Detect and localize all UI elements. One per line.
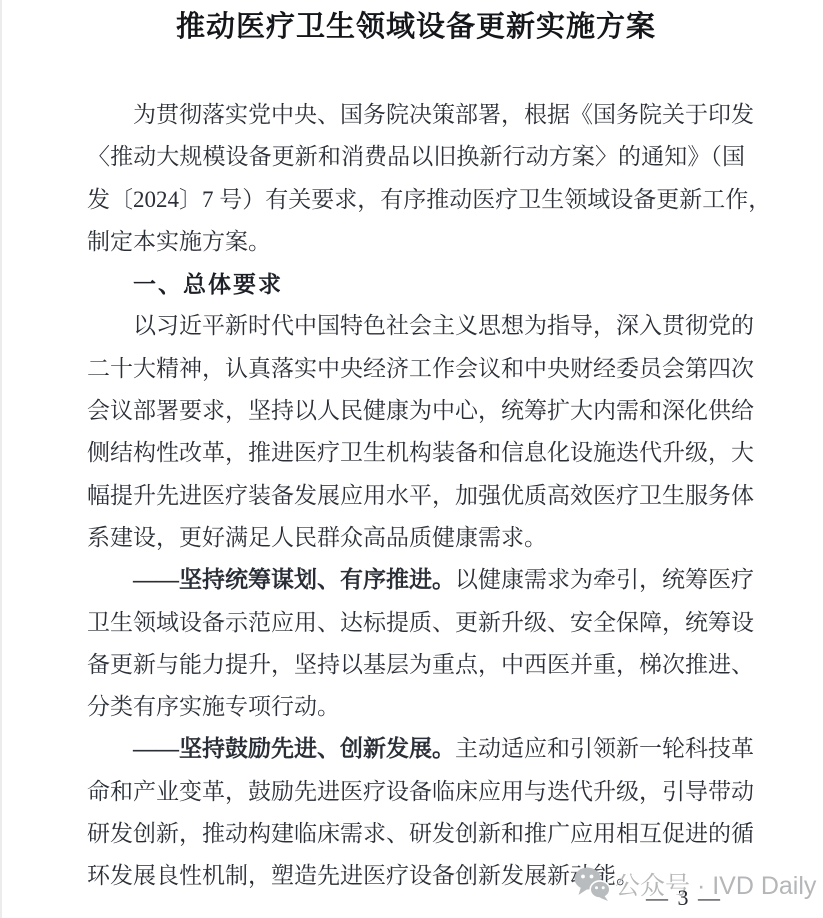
document-title: 推动医疗卫生领域设备更新实施方案 bbox=[87, 6, 745, 48]
document-page: 推动医疗卫生领域设备更新实施方案 为贯彻落实党中央、国务院决策部署，根据《国务院… bbox=[0, 0, 823, 918]
paragraph2-line6: 系建设，更好满足人民群众高品质健康需求。 bbox=[87, 517, 745, 559]
paragraph2-line1: 以习近平新时代中国特色社会主义思想为指导，深入贯彻党的 bbox=[87, 305, 745, 347]
document-body: 推动医疗卫生领域设备更新实施方案 为贯彻落实党中央、国务院决策部署，根据《国务院… bbox=[87, 6, 745, 898]
paragraph4-line1: ——坚持鼓励先进、创新发展。主动适应和引领新一轮科技革 bbox=[87, 728, 745, 770]
paragraph3-lead: ——坚持统筹谋划、有序推进。 bbox=[133, 567, 455, 592]
paragraph3-lead-rest: 以健康需求为牵引，统筹医疗 bbox=[455, 567, 754, 592]
paragraph2-line2: 二十大精神，认真落实中央经济工作会议和中央财经委员会第四次 bbox=[87, 348, 745, 390]
paragraph4-line2: 命和产业变革，鼓励先进医疗设备临床应用与迭代升级，引导带动 bbox=[87, 771, 745, 813]
paragraph2-line5: 幅提升先进医疗装备发展应用水平，加强优质高效医疗卫生服务体 bbox=[87, 475, 745, 517]
paragraph4-line3: 研发创新，推动构建临床需求、研发创新和推广应用相互促进的循 bbox=[87, 813, 745, 855]
paragraph4-lead: ——坚持鼓励先进、创新发展。 bbox=[133, 736, 455, 761]
paragraph1-line3: 发〔2024〕7 号）有关要求，有序推动医疗卫生领域设备更新工作， bbox=[87, 179, 745, 221]
paragraph3-line1: ——坚持统筹谋划、有序推进。以健康需求为牵引，统筹医疗 bbox=[87, 559, 745, 601]
paragraph3-line4: 分类有序实施专项行动。 bbox=[87, 686, 745, 728]
paragraph4-lead-rest: 主动适应和引领新一轮科技革 bbox=[455, 736, 754, 761]
paragraph1-line4: 制定本实施方案。 bbox=[87, 221, 745, 263]
paragraph1-line1: 为贯彻落实党中央、国务院决策部署，根据《国务院关于印发 bbox=[87, 94, 745, 136]
paragraph2-line4: 侧结构性改革，推进医疗卫生机构装备和信息化设施迭代升级，大 bbox=[87, 432, 745, 474]
paragraph1-line2: 〈推动大规模设备更新和消费品以旧换新行动方案〉的通知》（国 bbox=[87, 136, 745, 178]
section-heading: 一、总体要求 bbox=[87, 263, 745, 305]
wechat-icon bbox=[574, 866, 610, 902]
paragraph3-line2: 卫生领域设备示范应用、达标提质、更新升级、安全保障，统筹设 bbox=[87, 602, 745, 644]
page-number: — 3 — bbox=[642, 885, 726, 911]
paragraph3-line3: 备更新与能力提升，坚持以基层为重点，中西医并重，梯次推进、 bbox=[87, 644, 745, 686]
paragraph2-line3: 会议部署要求，坚持以人民健康为中心，统筹扩大内需和深化供给 bbox=[87, 390, 745, 432]
